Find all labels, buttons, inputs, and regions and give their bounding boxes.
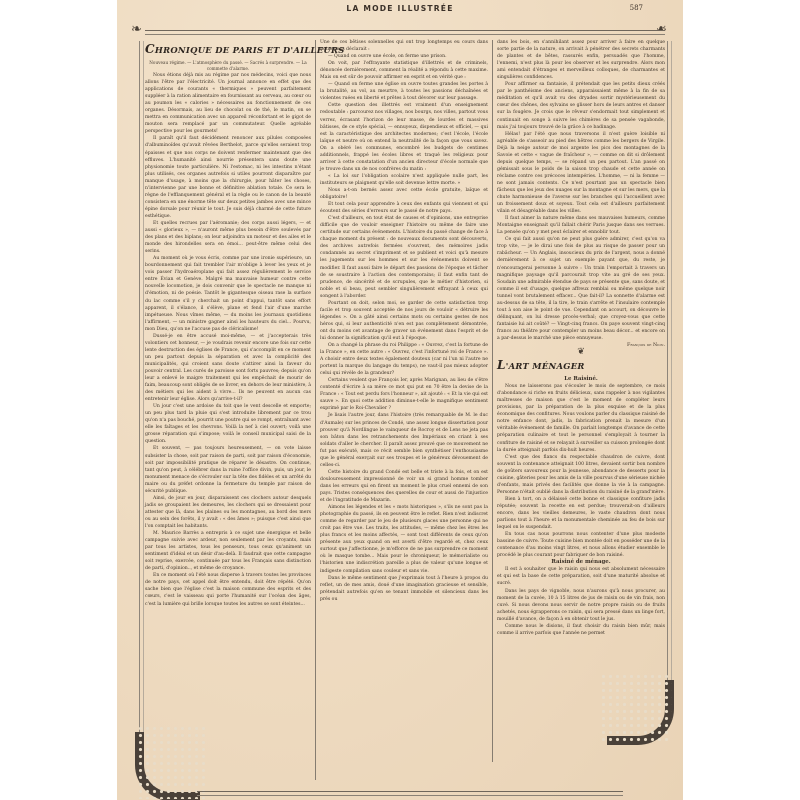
- paragraph: Bien à tort, on a délaissé cette bonne e…: [497, 496, 665, 531]
- title-text: HRONIQUE DE PARIS ET D'AILLEURS: [155, 45, 345, 55]
- running-header: LA MODE ILLUSTRÉE 587: [117, 4, 683, 18]
- corner-ornament-icon: [135, 732, 200, 800]
- top-rule: [145, 30, 665, 35]
- paragraph: Dans le même sentiment que j'exprimais t…: [320, 575, 488, 603]
- paragraph: Aimons les légendes et les « mots histor…: [320, 504, 488, 574]
- subheading-raisine: Le Raisiné.: [497, 376, 665, 383]
- section-title-chronique: CHRONIQUE DE PARIS ET D'AILLEURS: [145, 44, 311, 56]
- paragraph: Et quelles recrues par l'aéromanie; des …: [145, 220, 311, 255]
- fleuron-icon: ❦: [497, 349, 665, 356]
- paragraph: Nous étions déjà mis au régime par nos m…: [145, 72, 311, 135]
- paragraph: Nous ne laisserons pas s'écouler le mois…: [497, 383, 665, 453]
- title-initial: L: [497, 358, 506, 372]
- paragraph: Il paraît qu'il faut décidément renoncer…: [145, 135, 311, 220]
- article-body: Nous étions déjà mis au régime par nos m…: [145, 72, 311, 608]
- corner-ornament-icon: [607, 680, 674, 745]
- paragraph: M. Maurice Barrès a entrepris à ce sujet…: [145, 530, 311, 572]
- title-text: 'ART MÉNAGER: [506, 361, 585, 371]
- paragraph: Cette question des illettrés est vraimen…: [320, 102, 488, 172]
- paragraph: Dussé-je en être accusé moi-même, — et j…: [145, 333, 311, 403]
- column-divider: [492, 40, 493, 762]
- paragraph: C'est d'ailleurs, en tout état de causes…: [320, 215, 488, 300]
- flourish-ornament-icon: ❧: [131, 22, 142, 37]
- paragraph: Comme nous le disions, il faut choisir d…: [497, 623, 665, 637]
- article-summary: Nouveau régime. — L'atmosphère du passé.…: [145, 60, 311, 72]
- section-title-art-menager: L'ART MÉNAGER: [497, 360, 665, 372]
- paragraph: On voit, par l'effrayante statistique d'…: [320, 60, 488, 81]
- paragraph: dans les bois, en s'annihilant assez pou…: [497, 39, 665, 81]
- paragraph: Au moment où je vous écris, comme par un…: [145, 255, 311, 333]
- title-initial: C: [145, 42, 155, 56]
- column-3: dans les bois, en s'annihilant assez pou…: [497, 39, 665, 637]
- paragraph: Ainsi, de jour en jour, disparaissent ce…: [145, 495, 311, 530]
- paragraph: Dans les pays de vignoble, nous n'aurons…: [497, 588, 665, 623]
- column-divider: [315, 40, 316, 780]
- paragraph: Une de ces bêtises solennelles qui ont t…: [320, 39, 488, 53]
- paragraph: Un jour c'est une ardoise du toit que le…: [145, 403, 311, 445]
- paragraph: En tous cas nous pourrons nous contenter…: [497, 531, 665, 559]
- paragraph: Ce qui fait aussi qu'on ne peut plus guè…: [497, 236, 665, 342]
- paragraph: Et tout cela pour apprendre à ceux des e…: [320, 201, 488, 215]
- paragraph: Il faut aimer la nature même dans ses ma…: [497, 215, 665, 236]
- article-body: Il est à souhaiter que le raisin qui nou…: [497, 566, 665, 636]
- paragraph: On a changé la phrase du roi Philippe : …: [320, 342, 488, 377]
- newspaper-page: LA MODE ILLUSTRÉE 587 ❧ ❧ CHRONIQUE DE P…: [117, 0, 683, 800]
- paragraph: Hélas! par l'été que nous traversons il …: [497, 131, 665, 216]
- paragraph: Pour affirmer sa fantaisie, il prétendai…: [497, 81, 665, 130]
- subheading-raisine-de-menage: Raisiné de ménage.: [497, 559, 665, 566]
- paragraph: Pourtant on doit, selon moi, se garder d…: [320, 300, 488, 342]
- column-2: Une de ces bêtises solennelles qui ont t…: [320, 39, 488, 603]
- publication-title: LA MODE ILLUSTRÉE: [117, 4, 683, 13]
- paragraph: Cette histoire du grand Condé est belle …: [320, 469, 488, 504]
- paragraph: Je lisais l'autre jour, dans l'histoire …: [320, 412, 488, 468]
- frame-rule-right: [667, 41, 672, 686]
- page-number: 587: [630, 4, 643, 12]
- paragraph: Nous a-t-on bernés assez avec cette écol…: [320, 187, 488, 201]
- paragraph: Certains veulent que François Ier, après…: [320, 377, 488, 412]
- paragraph: Et souvent, — pas toujours heureusement,…: [145, 445, 311, 494]
- paragraph: Il est à souhaiter que le raisin qui nou…: [497, 566, 665, 587]
- article-body: Une de ces bêtises solennelles qui ont t…: [320, 39, 488, 603]
- article-body: dans les bois, en s'annihilant assez pou…: [497, 39, 665, 342]
- column-1: CHRONIQUE DE PARIS ET D'AILLEURS Nouveau…: [145, 40, 311, 608]
- paragraph: « La loi sur l'obligation scolaire n'est…: [320, 173, 488, 187]
- paragraph: — Quand on ferme une église on ouvre tou…: [320, 81, 488, 102]
- paragraph: C'est que des flancs du respectable chau…: [497, 454, 665, 496]
- bottom-rule: [197, 791, 623, 796]
- paragraph: — Quand on ouvre une école, on ferme une…: [320, 53, 488, 60]
- frame-rule-left: [139, 41, 144, 741]
- paragraph: En ce moment où l'été nous disperse à tr…: [145, 572, 311, 607]
- article-body: Nous ne laisserons pas s'écouler le mois…: [497, 383, 665, 559]
